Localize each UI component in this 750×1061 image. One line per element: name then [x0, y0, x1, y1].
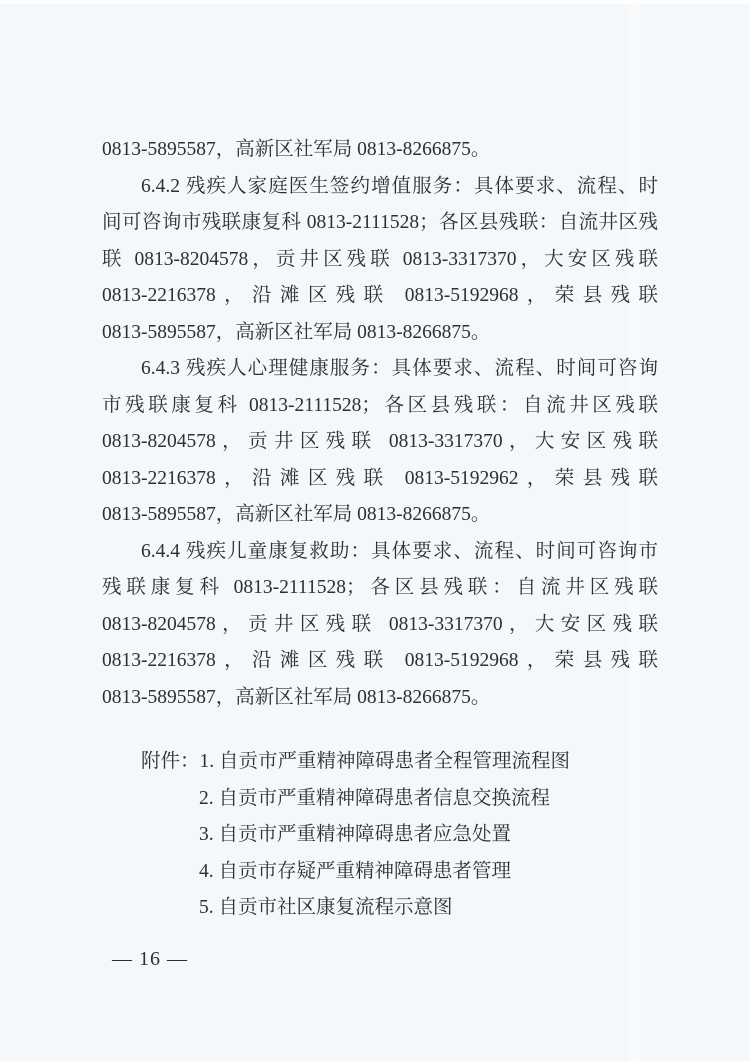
- body-line: 联 0813-8204578，贡井区残联 0813-3317370，大安区残联: [102, 242, 658, 279]
- body-line: 0813-2216378，沿滩区残联 0813-5192968，荣县残联: [102, 278, 658, 315]
- attachments-label: 附件：: [141, 751, 200, 772]
- document-body: 0813-5895587，高新区社军局 0813-8266875。 6.4.2 …: [102, 132, 658, 927]
- attachment-line: 附件：1. 自贡市严重精神障碍患者全程管理流程图: [102, 744, 658, 781]
- body-line: 市残联康复科 0813-2111528；各区县残联：自流井区残联: [102, 388, 658, 425]
- scanned-document-page: 0813-5895587，高新区社军局 0813-8266875。 6.4.2 …: [0, 0, 750, 1061]
- body-line: 0813-5895587，高新区社军局 0813-8266875。: [102, 132, 658, 169]
- page-number: — 16 —: [112, 948, 188, 971]
- body-line: 0813-8204578，贡井区残联 0813-3317370，大安区残联: [102, 607, 658, 644]
- body-line: 0813-5895587，高新区社军局 0813-8266875。: [102, 680, 658, 717]
- attachment-item: 2. 自贡市严重精神障碍患者信息交换流程: [102, 781, 658, 818]
- paragraph-641-tail: 0813-5895587，高新区社军局 0813-8266875。: [102, 132, 658, 169]
- body-line: 0813-2216378，沿滩区残联 0813-5192962，荣县残联: [102, 461, 658, 498]
- scan-edge-top: [0, 0, 750, 4]
- paragraph-643: 6.4.3 残疾人心理健康服务：具体要求、流程、时间可咨询 市残联康复科 081…: [102, 351, 658, 534]
- body-line: 6.4.3 残疾人心理健康服务：具体要求、流程、时间可咨询: [102, 351, 658, 388]
- body-line: 间可咨询市残联康复科 0813-2111528；各区县残联：自流井区残: [102, 205, 658, 242]
- attachment-item: 4. 自贡市存疑严重精神障碍患者管理: [102, 854, 658, 891]
- attachment-item: 5. 自贡市社区康复流程示意图: [102, 890, 658, 927]
- paragraph-642: 6.4.2 残疾人家庭医生签约增值服务：具体要求、流程、时 间可咨询市残联康复科…: [102, 169, 658, 352]
- body-line: 0813-5895587，高新区社军局 0813-8266875。: [102, 315, 658, 352]
- body-line: 6.4.2 残疾人家庭医生签约增值服务：具体要求、流程、时: [102, 169, 658, 206]
- attachment-item: 3. 自贡市严重精神障碍患者应急处置: [102, 817, 658, 854]
- body-line: 残联康复科 0813-2111528；各区县残联：自流井区残联: [102, 570, 658, 607]
- paragraph-644: 6.4.4 残疾儿童康复救助：具体要求、流程、时间可咨询市 残联康复科 0813…: [102, 534, 658, 717]
- body-line: 0813-2216378，沿滩区残联 0813-5192968，荣县残联: [102, 643, 658, 680]
- attachment-item: 1. 自贡市严重精神障碍患者全程管理流程图: [200, 751, 571, 772]
- attachments-list: 附件：1. 自贡市严重精神障碍患者全程管理流程图 2. 自贡市严重精神障碍患者信…: [102, 744, 658, 927]
- body-line: 0813-8204578，贡井区残联 0813-3317370，大安区残联: [102, 424, 658, 461]
- body-line: 0813-5895587，高新区社军局 0813-8266875。: [102, 497, 658, 534]
- body-line: 6.4.4 残疾儿童康复救助：具体要求、流程、时间可咨询市: [102, 534, 658, 571]
